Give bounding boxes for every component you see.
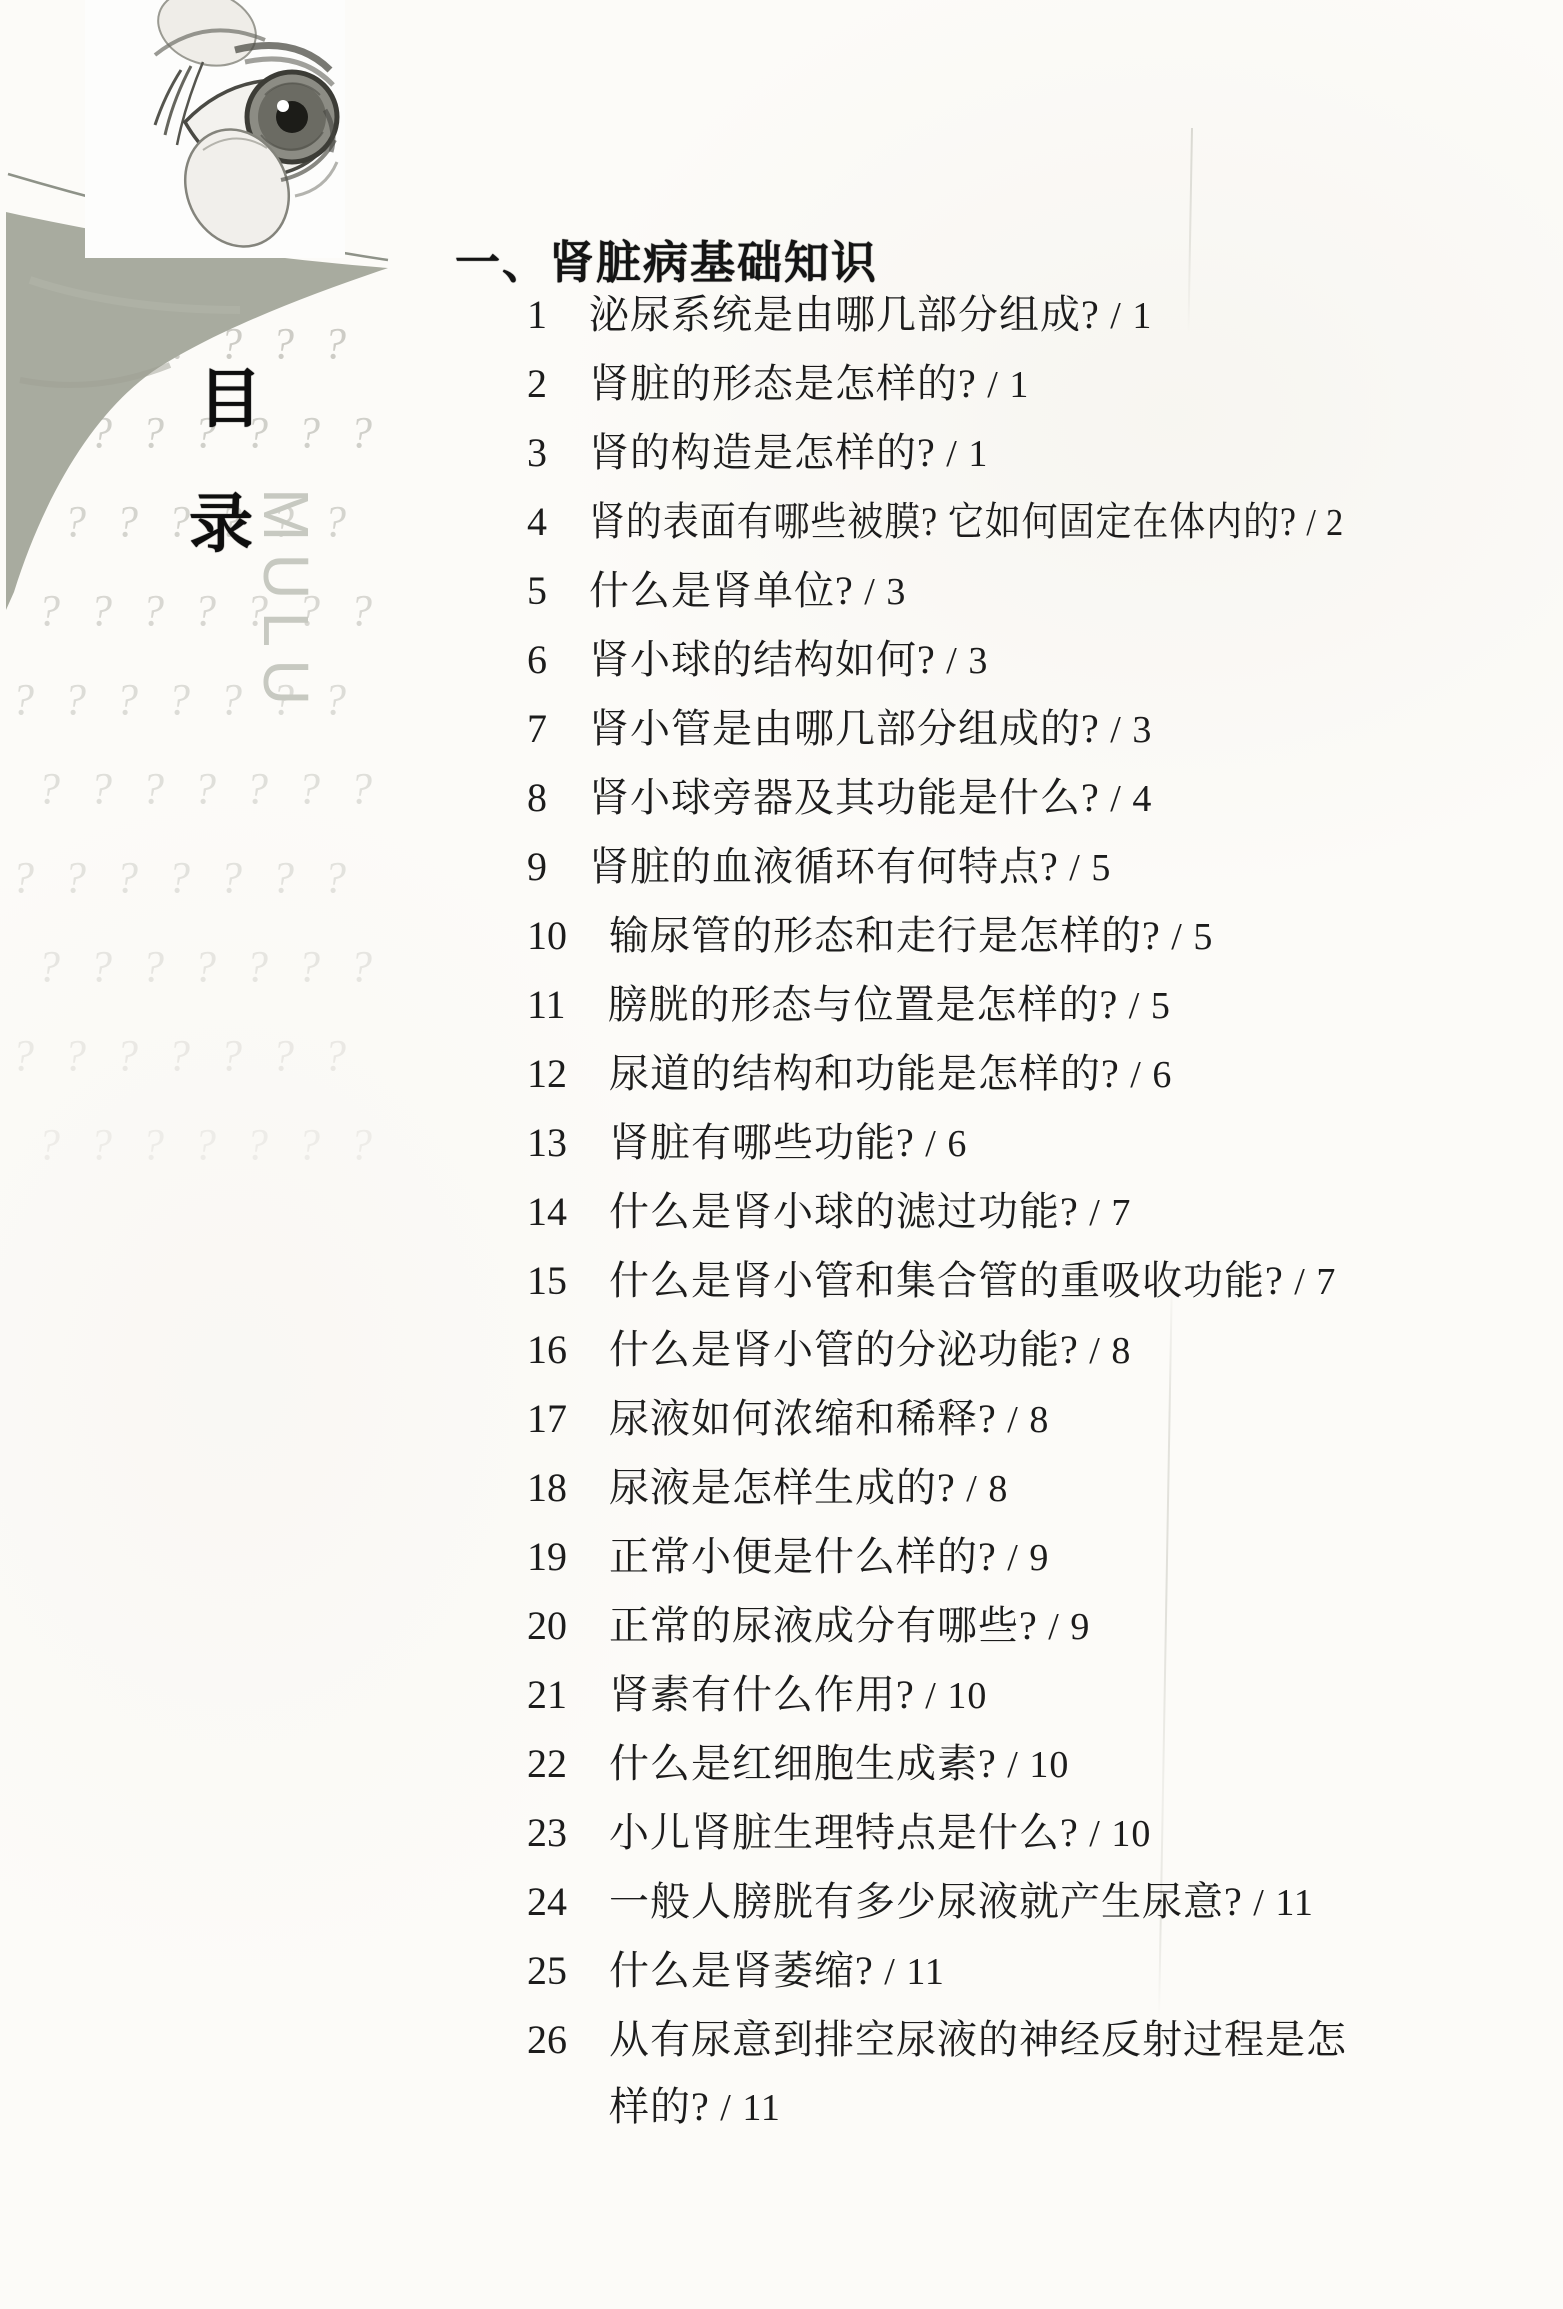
watermark-question-mark: ?	[350, 1119, 372, 1170]
watermark-question-mark: ?	[324, 1030, 346, 1081]
toc-item-question: 尿液如何浓缩和稀释?	[609, 1396, 997, 1441]
toc-item: 12 尿道的结构和功能是怎样的? / 6	[527, 1040, 1428, 1109]
toc-item-text: 肾的构造是怎样的? / 1	[589, 419, 988, 488]
toc-item-text: 什么是红细胞生成素? / 10	[609, 1730, 1069, 1799]
toc-item-page-number: / 2	[1297, 502, 1344, 544]
toc-item-number: 26	[527, 2006, 567, 2073]
toc-item-question: 膀胱的形态与位置是怎样的?	[608, 982, 1119, 1027]
toc-item-text: 肾小管是由哪几部分组成的? / 3	[589, 695, 1152, 764]
toc-item: 6 肾小球的结构如何? / 3	[527, 626, 1428, 695]
watermark-question-mark: ?	[12, 674, 34, 725]
toc-item-number: 13	[527, 1109, 567, 1176]
scanned-toc-page: ????????????????????????????????????????…	[0, 0, 1563, 2309]
toc-item-number: 20	[527, 1592, 567, 1659]
toc-item: 16 什么是肾小管的分泌功能? / 8	[527, 1316, 1428, 1385]
toc-item-question: 输尿管的形态和走行是怎样的?	[609, 913, 1161, 958]
toc-item-question: 什么是红细胞生成素?	[609, 1741, 997, 1786]
toc-item-page-number: / 3	[936, 640, 989, 682]
toc-item-page-number: / 10	[997, 1744, 1070, 1786]
toc-item-page-number: / 8	[997, 1399, 1050, 1441]
toc-item: 15 什么是肾小管和集合管的重吸收功能? / 7	[527, 1247, 1428, 1316]
toc-item-text: 什么是肾单位? / 3	[589, 557, 906, 626]
watermark-question-mark: ?	[246, 941, 268, 992]
toc-title-char-lu: 录	[189, 492, 253, 556]
watermark-question-mark: ?	[220, 674, 242, 725]
toc-item-question: 肾小管是由哪几部分组成的?	[589, 706, 1100, 751]
toc-item-page-number: / 5	[1161, 916, 1214, 958]
toc-item-number: 21	[527, 1661, 567, 1728]
mulu-pinyin-vertical-label: MULU	[249, 488, 323, 717]
toc-item-question: 肾的构造是怎样的?	[589, 430, 936, 475]
toc-item-text: 肾小球旁器及其功能是什么? / 4	[589, 764, 1152, 833]
watermark-question-mark: ?	[116, 1030, 138, 1081]
toc-item-number: 1	[527, 281, 547, 348]
toc-item-number: 18	[527, 1454, 567, 1521]
watermark-question-mark: ?	[168, 852, 190, 903]
toc-item-page-number: / 8	[956, 1468, 1009, 1510]
toc-item: 4 肾的表面有哪些被膜? 它如何固定在体内的? / 2	[527, 488, 1428, 557]
toc-item: 19 正常小便是什么样的? / 9	[527, 1523, 1428, 1592]
toc-item-page-number: / 11	[874, 1951, 945, 1993]
toc-item: 2 肾脏的形态是怎样的? / 1	[527, 350, 1428, 419]
toc-item: 26 从有尿意到排空尿液的神经反射过程是怎 样的? / 11	[527, 2006, 1428, 2142]
watermark-question-mark: ?	[272, 1030, 294, 1081]
toc-item-number: 15	[527, 1247, 567, 1314]
toc-item-number: 19	[527, 1523, 567, 1590]
toc-item: 8 肾小球旁器及其功能是什么? / 4	[527, 764, 1428, 833]
watermark-question-mark: ?	[116, 674, 138, 725]
toc-item: 22 什么是红细胞生成素? / 10	[527, 1730, 1428, 1799]
toc-item-number: 6	[527, 626, 547, 693]
toc-item-text: 什么是肾小球的滤过功能? / 7	[609, 1178, 1131, 1247]
watermark-question-mark: ?	[64, 674, 86, 725]
toc-item-text: 肾小球的结构如何? / 3	[589, 626, 988, 695]
toc-item-text: 正常的尿液成分有哪些? / 9	[609, 1592, 1090, 1661]
toc-item-page-number: / 5	[1118, 985, 1171, 1027]
toc-item-number: 14	[527, 1178, 567, 1245]
watermark-question-mark: ?	[298, 1119, 320, 1170]
toc-item-number: 2	[527, 350, 547, 417]
toc-item-text: 输尿管的形态和走行是怎样的? / 5	[609, 902, 1213, 971]
toc-item-number: 17	[527, 1385, 567, 1452]
toc-item-question: 什么是肾小管和集合管的重吸收功能?	[609, 1258, 1284, 1303]
watermark-question-mark: ?	[194, 1119, 216, 1170]
watermark-question-mark: ?	[142, 763, 164, 814]
toc-item-question: 正常的尿液成分有哪些?	[609, 1603, 1038, 1648]
toc-item-number: 4	[527, 488, 547, 555]
toc-item-question: 什么是肾单位?	[589, 568, 854, 613]
toc-item-text: 肾素有什么作用? / 10	[609, 1661, 987, 1730]
toc-item: 1 泌尿系统是由哪几部分组成? / 1	[527, 281, 1428, 350]
toc-item-text: 尿道的结构和功能是怎样的? / 6	[609, 1040, 1172, 1109]
toc-item: 9 肾脏的血液循环有何特点? / 5	[527, 833, 1428, 902]
toc-item-number: 12	[527, 1040, 567, 1107]
watermark-question-mark: ?	[38, 1119, 60, 1170]
toc-item-text: 泌尿系统是由哪几部分组成? / 1	[589, 281, 1152, 350]
toc-item-page-number: / 10	[915, 1675, 988, 1717]
toc-item-number: 22	[527, 1730, 567, 1797]
watermark-question-mark: ?	[90, 1119, 112, 1170]
toc-item-page-number: / 9	[1038, 1606, 1091, 1648]
toc-item-page-number: / 11	[710, 2087, 781, 2129]
toc-item: 18 尿液是怎样生成的? / 8	[527, 1454, 1428, 1523]
toc-item-question: 尿道的结构和功能是怎样的?	[609, 1051, 1120, 1096]
toc-item-page-number: / 10	[1079, 1813, 1152, 1855]
toc-item-text: 一般人膀胱有多少尿液就产生尿意? / 11	[609, 1868, 1314, 1937]
toc-item: 24 一般人膀胱有多少尿液就产生尿意? / 11	[527, 1868, 1428, 1937]
toc-item-page-number: / 5	[1059, 847, 1112, 889]
toc-item-text: 正常小便是什么样的? / 9	[609, 1523, 1049, 1592]
toc-item-question: 肾脏的血液循环有何特点?	[589, 844, 1059, 889]
toc-item-page-number: / 1	[1100, 295, 1153, 337]
toc-item: 5 什么是肾单位? / 3	[527, 557, 1428, 626]
toc-item-text: 从有尿意到排空尿液的神经反射过程是怎 样的? / 11	[609, 2006, 1347, 2142]
toc-item-text: 小儿肾脏生理特点是什么? / 10	[609, 1799, 1151, 1868]
toc-item-number: 3	[527, 419, 547, 486]
toc-item-question: 一般人膀胱有多少尿液就产生尿意?	[609, 1879, 1243, 1924]
watermark-question-mark: ?	[298, 941, 320, 992]
toc-item-page-number: / 4	[1100, 778, 1153, 820]
watermark-question-mark: ?	[38, 763, 60, 814]
toc-item-text: 肾脏的血液循环有何特点? / 5	[589, 833, 1111, 902]
toc-item-number: 23	[527, 1799, 567, 1866]
toc-item-question: 肾小球旁器及其功能是什么?	[589, 775, 1100, 820]
toc-list: 1 泌尿系统是由哪几部分组成? / 1 2 肾脏的形态是怎样的? / 1 3 肾…	[527, 281, 1428, 2142]
watermark-question-mark: ?	[220, 852, 242, 903]
toc-item-page-number: / 8	[1079, 1330, 1132, 1372]
toc-item-number: 24	[527, 1868, 567, 1935]
watermark-question-mark: ?	[194, 763, 216, 814]
toc-item-text: 什么是肾小管的分泌功能? / 8	[609, 1316, 1131, 1385]
toc-item-page-number: / 7	[1079, 1192, 1132, 1234]
toc-item-number: 10	[527, 902, 567, 969]
toc-item-number: 9	[527, 833, 547, 900]
toc-item: 13 肾脏有哪些功能? / 6	[527, 1109, 1428, 1178]
watermark-question-mark: ?	[220, 1030, 242, 1081]
toc-item-question: 肾脏有哪些功能?	[609, 1120, 915, 1165]
toc-item: 23 小儿肾脏生理特点是什么? / 10	[527, 1799, 1428, 1868]
toc-item-question: 小儿肾脏生理特点是什么?	[609, 1810, 1079, 1855]
toc-item-page-number: / 6	[1120, 1054, 1173, 1096]
toc-item: 25 什么是肾萎缩? / 11	[527, 1937, 1428, 2006]
watermark-question-mark: ?	[324, 674, 346, 725]
watermark-question-mark: ?	[194, 941, 216, 992]
watermark-question-mark: ?	[246, 763, 268, 814]
toc-item-page-number: / 3	[1100, 709, 1153, 751]
watermark-question-mark: ?	[142, 941, 164, 992]
watermark-question-mark: ?	[64, 1030, 86, 1081]
toc-item-number: 16	[527, 1316, 567, 1383]
watermark-question-mark: ?	[38, 941, 60, 992]
toc-item-text: 膀胱的形态与位置是怎样的? / 5	[608, 971, 1171, 1040]
toc-item-question: 正常小便是什么样的?	[609, 1534, 997, 1579]
watermark-question-mark: ?	[168, 674, 190, 725]
watermark-question-mark: ?	[246, 1119, 268, 1170]
toc-item-text: 什么是肾萎缩? / 11	[609, 1937, 945, 2006]
watermark-question-mark: ?	[298, 763, 320, 814]
toc-item-text: 肾脏有哪些功能? / 6	[609, 1109, 967, 1178]
toc-item: 14 什么是肾小球的滤过功能? / 7	[527, 1178, 1428, 1247]
toc-item: 3 肾的构造是怎样的? / 1	[527, 419, 1428, 488]
watermark-question-mark: ?	[90, 941, 112, 992]
toc-item-text: 尿液如何浓缩和稀释? / 8	[609, 1385, 1049, 1454]
eye-photo	[85, 0, 345, 258]
toc-item-text: 什么是肾小管和集合管的重吸收功能? / 7	[609, 1247, 1336, 1316]
toc-item: 21 肾素有什么作用? / 10	[527, 1661, 1428, 1730]
watermark-question-mark: ?	[324, 852, 346, 903]
watermark-question-mark: ?	[168, 1030, 190, 1081]
watermark-question-mark: ?	[12, 1030, 34, 1081]
toc-item: 10 输尿管的形态和走行是怎样的? / 5	[527, 902, 1428, 971]
watermark-question-mark: ?	[90, 763, 112, 814]
toc-item-question: 尿液是怎样生成的?	[609, 1465, 956, 1510]
toc-title-char-mu: 目	[198, 367, 262, 431]
toc-item-question: 什么是肾萎缩?	[609, 1948, 874, 1993]
toc-item-text: 肾脏的形态是怎样的? / 1	[589, 350, 1029, 419]
watermark-question-mark: ?	[64, 852, 86, 903]
toc-item-number: 8	[527, 764, 547, 831]
toc-item-page-number: / 9	[997, 1537, 1050, 1579]
toc-item-question: 泌尿系统是由哪几部分组成?	[589, 292, 1100, 337]
watermark-question-mark: ?	[116, 852, 138, 903]
toc-item-number: 7	[527, 695, 547, 762]
toc-item-question: 肾小球的结构如何?	[589, 637, 936, 682]
toc-item-page-number: / 6	[915, 1123, 968, 1165]
toc-item: 11 膀胱的形态与位置是怎样的? / 5	[527, 971, 1428, 1040]
toc-item-number: 5	[527, 557, 547, 624]
watermark-question-mark: ?	[350, 763, 372, 814]
watermark-question-mark: ?	[142, 1119, 164, 1170]
toc-item-number: 11	[527, 971, 566, 1038]
watermark-question-mark: ?	[350, 941, 372, 992]
toc-item-text: 尿液是怎样生成的? / 8	[609, 1454, 1008, 1523]
toc-item-question: 什么是肾小管的分泌功能?	[609, 1327, 1079, 1372]
toc-item-number: 25	[527, 1937, 567, 2004]
watermark-question-mark: ?	[272, 852, 294, 903]
toc-item: 17 尿液如何浓缩和稀释? / 8	[527, 1385, 1428, 1454]
toc-item-page-number: / 1	[977, 364, 1030, 406]
toc-item-page-number: / 3	[854, 571, 907, 613]
toc-item-question: 肾脏的形态是怎样的?	[589, 361, 977, 406]
toc-item-question: 肾的表面有哪些被膜? 它如何固定在体内的?	[589, 499, 1297, 544]
toc-item-text: 肾的表面有哪些被膜? 它如何固定在体内的? / 2	[589, 488, 1344, 557]
toc-item: 20 正常的尿液成分有哪些? / 9	[527, 1592, 1428, 1661]
toc-item: 7 肾小管是由哪几部分组成的? / 3	[527, 695, 1428, 764]
toc-item-question: 肾素有什么作用?	[609, 1672, 915, 1717]
toc-item-page-number: / 1	[936, 433, 989, 475]
toc-item-page-number: / 11	[1243, 1882, 1314, 1924]
toc-item-question: 什么是肾小球的滤过功能?	[609, 1189, 1079, 1234]
watermark-question-mark: ?	[12, 852, 34, 903]
toc-item-page-number: / 7	[1284, 1261, 1337, 1303]
